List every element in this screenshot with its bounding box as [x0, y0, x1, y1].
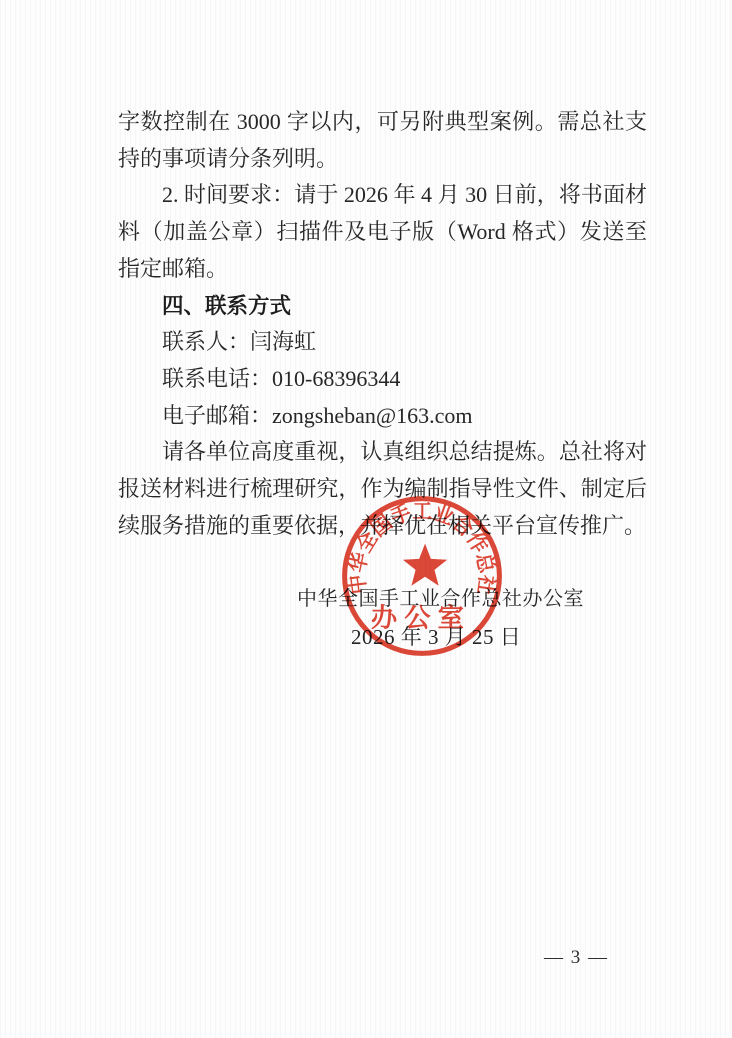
section-heading-contact: 四、联系方式	[118, 288, 647, 325]
signature-org: 中华全国手工业合作总社办公室	[297, 582, 584, 611]
paragraph-word-limit: 字数控制在 3000 字以内，可另附典型案例。需总社支持的事项请分条列明。	[118, 104, 647, 177]
paragraph-time-requirement: 2. 时间要求：请于 2026 年 4 月 30 日前，将书面材料（加盖公章）扫…	[118, 177, 647, 287]
page-number: — 3 —	[544, 947, 609, 969]
body-text: 字数控制在 3000 字以内，可另附典型案例。需总社支持的事项请分条列明。 2.…	[118, 104, 647, 544]
document-page: 字数控制在 3000 字以内，可另附典型案例。需总社支持的事项请分条列明。 2.…	[0, 0, 732, 1038]
contact-email-line: 电子邮箱：zongsheban@163.com	[118, 398, 647, 435]
contact-person-line: 联系人：闫海虹	[118, 324, 647, 361]
paragraph-closing: 请各单位高度重视，认真组织总结提炼。总社将对报送材料进行梳理研究，作为编制指导性…	[118, 434, 647, 544]
seal-star-icon	[403, 544, 447, 586]
signature-date: 2026 年 3 月 25 日	[351, 621, 521, 651]
contact-phone-line: 联系电话：010-68396344	[118, 361, 647, 398]
